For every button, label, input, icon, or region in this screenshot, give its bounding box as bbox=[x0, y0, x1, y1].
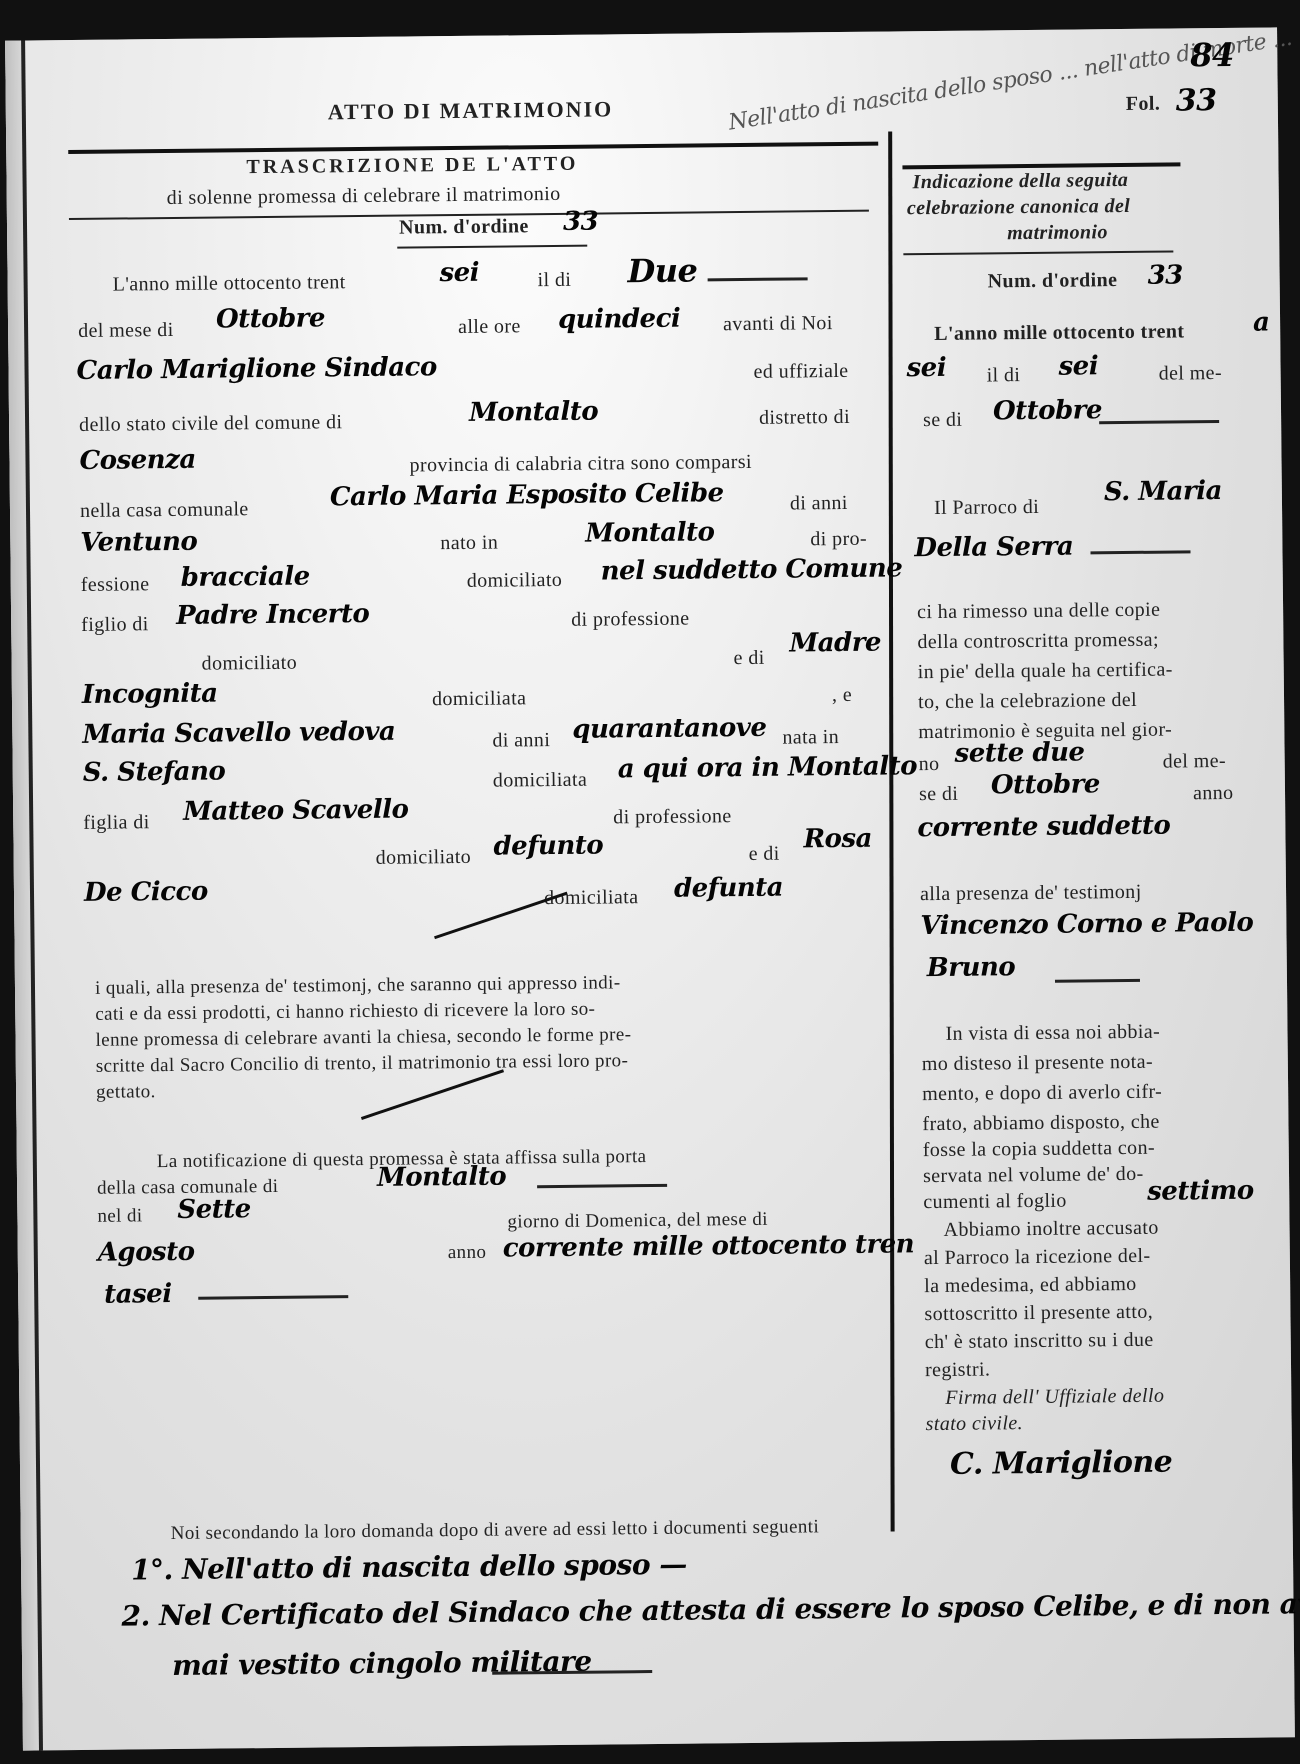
left-order-number: 33 bbox=[563, 207, 598, 237]
notification-month-hand: Agosto bbox=[98, 1237, 195, 1268]
line-mother-domicile: domiciliata bbox=[432, 687, 527, 711]
line-bride-mother-domicile: domiciliata bbox=[544, 886, 639, 910]
right-heading-line: celebrazione canonica del bbox=[907, 195, 1131, 220]
folio-hand: settimo bbox=[1147, 1176, 1254, 1207]
folio-number: 33 bbox=[1176, 83, 1217, 118]
line-bride-father-label: figlia di bbox=[83, 811, 150, 835]
order-underline bbox=[397, 245, 587, 249]
folio-label: Fol. bbox=[1126, 93, 1161, 116]
notification-year-label: anno bbox=[448, 1242, 487, 1264]
line-month-label: del mese di bbox=[78, 319, 174, 343]
right-year-label: L'anno mille ottocento trent bbox=[934, 320, 1184, 346]
right-body-line: to, che la celebrazione del bbox=[918, 689, 1137, 714]
page-number: 84 bbox=[1190, 36, 1234, 74]
cancel-stroke bbox=[434, 892, 568, 939]
line-before-us: avanti di Noi bbox=[723, 312, 833, 336]
line-profession-cont: fessione bbox=[81, 573, 150, 597]
closing-line: mo disteso il presente nota- bbox=[922, 1051, 1153, 1076]
celebration-year-label: anno bbox=[1193, 782, 1234, 805]
right-month-cont: se di bbox=[923, 409, 962, 432]
line-father-domicile: domiciliato bbox=[202, 652, 298, 676]
right-header-rule bbox=[902, 162, 1180, 169]
fill-dash bbox=[198, 1295, 348, 1300]
closing-line: In vista di essa noi abbia- bbox=[945, 1021, 1160, 1046]
celebration-month-hand: Ottobre bbox=[991, 769, 1100, 800]
right-heading-line: Indicazione della seguita bbox=[912, 169, 1128, 194]
signature-label: Firma dell' Uffiziale dello bbox=[945, 1385, 1164, 1410]
closing-line: frato, abbiamo disposto, che bbox=[922, 1111, 1159, 1136]
notification-year-hand: corrente mille ottocento tren bbox=[503, 1229, 915, 1263]
register-page: ATTO DI MATRIMONIO Nell'atto di nascita … bbox=[5, 27, 1295, 1750]
parish-hand-2: Della Serra bbox=[914, 532, 1073, 564]
footer-item-1: 1°. Nell'atto di nascita dello sposo — bbox=[131, 1548, 687, 1587]
line-bride-age-hand: quarantanove bbox=[572, 713, 766, 745]
right-day-label: il di bbox=[987, 364, 1021, 387]
right-order-number: 33 bbox=[1147, 260, 1182, 290]
fill-dash bbox=[537, 1184, 667, 1188]
closing-line: ch' è stato inscritto su i due bbox=[925, 1329, 1154, 1354]
line-commune-label: dello stato civile del comune di bbox=[79, 411, 343, 437]
line-domicile-hand: nel suddetto Comune bbox=[601, 553, 903, 586]
line-groom-hand: Carlo Maria Esposito Celibe bbox=[330, 478, 724, 512]
line-bride-father-hand: Matteo Scavello bbox=[183, 795, 409, 827]
line-year-hand: sei bbox=[439, 258, 479, 288]
celebration-day-label: no bbox=[919, 753, 940, 776]
line-bride-born-label: nata in bbox=[782, 726, 839, 750]
line-province-label: provincia di calabria citra sono compars… bbox=[409, 451, 752, 478]
line-hour-hand: quindeci bbox=[558, 304, 681, 335]
line-commune-hand: Montalto bbox=[469, 397, 598, 428]
fill-dash bbox=[1090, 550, 1190, 554]
right-month-label: del me- bbox=[1159, 362, 1223, 386]
right-year-suffix: a bbox=[1253, 307, 1270, 337]
right-year-hand: sei bbox=[906, 353, 946, 383]
line-official-hand: Carlo Mariglione Sindaco bbox=[76, 352, 437, 386]
line-father-profession: di professione bbox=[571, 608, 690, 632]
line-bride-domicile: domiciliata bbox=[493, 769, 588, 793]
paragraph-line: lenne promessa di celebrare avanti la ch… bbox=[95, 1024, 631, 1052]
book-binding bbox=[5, 40, 43, 1750]
notification-year-cont: tasei bbox=[104, 1279, 172, 1310]
notification-line: giorno di Domenica, del mese di bbox=[507, 1209, 768, 1234]
parish-hand-1: S. Maria bbox=[1104, 476, 1222, 507]
left-heading: TRASCRIZIONE DE L'ATTO bbox=[246, 153, 578, 179]
line-official-label: ed uffiziale bbox=[753, 360, 848, 384]
closing-line: cumenti al foglio bbox=[923, 1190, 1067, 1215]
line-born-hand: Montalto bbox=[585, 517, 714, 548]
fill-dash bbox=[708, 277, 808, 281]
column-divider bbox=[888, 131, 894, 1531]
line-day-label: il di bbox=[538, 269, 572, 292]
line-bride-father-domicile: domiciliato bbox=[376, 846, 472, 870]
line-bride-hand: Maria Scavello vedova bbox=[82, 717, 395, 750]
right-body-line: della controscritta promessa; bbox=[917, 629, 1159, 655]
line-bride-father-profession: di professione bbox=[613, 805, 732, 829]
line-year-label: L'anno mille ottocento trent bbox=[113, 271, 346, 296]
cancel-stroke bbox=[361, 1069, 504, 1120]
line-profession-label: di pro- bbox=[810, 528, 867, 552]
line-domicile-label: domiciliato bbox=[467, 569, 563, 593]
line-father-hand: Padre Incerto bbox=[176, 599, 369, 631]
celebration-month-cont: se di bbox=[919, 783, 958, 806]
line-bride-mother-surname: De Cicco bbox=[84, 877, 208, 908]
line-bride-mother-label: e di bbox=[749, 843, 780, 866]
closing-line: sottoscritto il presente atto, bbox=[924, 1301, 1153, 1326]
paragraph-line: scritte dal Sacro Concilio di trento, il… bbox=[96, 1050, 629, 1078]
line-bride-father-status: defunto bbox=[493, 830, 603, 861]
line-month-hand: Ottobre bbox=[216, 303, 325, 334]
signature-label: stato civile. bbox=[926, 1412, 1024, 1436]
paragraph-line: gettato. bbox=[96, 1081, 156, 1104]
line-bride-age-label: di anni bbox=[492, 729, 550, 753]
line-district-label: distretto di bbox=[759, 406, 850, 430]
celebration-month-label: del me- bbox=[1163, 750, 1227, 774]
closing-line: la medesima, ed abbiamo bbox=[924, 1273, 1137, 1298]
right-heading-rule bbox=[903, 250, 1173, 255]
paragraph-line: i quali, alla presenza de' testimonj, ch… bbox=[95, 972, 621, 1000]
celebration-year-hand: corrente suddetto bbox=[917, 811, 1170, 844]
footer-item-3: mai vestito cingolo militare bbox=[172, 1645, 592, 1682]
line-bride-born-hand: S. Stefano bbox=[83, 756, 226, 787]
line-age-label: di anni bbox=[790, 492, 848, 516]
closing-line: fosse la copia suddetta con- bbox=[923, 1137, 1155, 1162]
footer-item-2: 2. Nel Certificato del Sindaco che attes… bbox=[121, 1587, 1300, 1633]
closing-line: Abbiamo inoltre accusato bbox=[943, 1217, 1158, 1242]
fill-dash bbox=[1099, 420, 1219, 424]
line-born-label: nato in bbox=[440, 532, 498, 556]
notification-day-hand: Sette bbox=[177, 1194, 251, 1225]
paragraph-line: cati e da essi prodotti, ci hanno richie… bbox=[95, 999, 595, 1026]
parish-label: Il Parroco di bbox=[934, 496, 1039, 520]
left-subheading: di solenne promessa di celebrare il matr… bbox=[167, 183, 561, 210]
right-heading-line: matrimonio bbox=[1007, 221, 1108, 245]
notification-line: nel di bbox=[97, 1205, 142, 1227]
line-groom-age-hand: Ventuno bbox=[80, 527, 197, 558]
line-day-hand: Due bbox=[627, 251, 697, 290]
footer-printed: Noi secondando la loro domanda dopo di a… bbox=[171, 1516, 820, 1545]
line-mother-name-hand: Incognita bbox=[82, 679, 218, 710]
header-rule bbox=[68, 142, 878, 154]
witness-label: alla presenza de' testimonj bbox=[920, 881, 1142, 906]
line-groom-label: nella casa comunale bbox=[80, 498, 249, 523]
closing-line: al Parroco la ricezione del- bbox=[924, 1245, 1151, 1270]
right-body-line: ci ha rimesso una delle copie bbox=[917, 599, 1160, 625]
closing-line: registri. bbox=[925, 1358, 991, 1382]
right-day-hand: sei bbox=[1058, 351, 1098, 381]
line-mother-label: e di bbox=[733, 647, 764, 670]
line-mother-hand: Madre bbox=[789, 628, 881, 659]
celebration-day-hand: sette due bbox=[954, 737, 1084, 768]
official-signature: C. Mariglione bbox=[950, 1445, 1173, 1482]
closing-line: mento, e dopo di averlo cifr- bbox=[922, 1081, 1162, 1107]
line-father-label: figlio di bbox=[81, 613, 149, 637]
line-bride-domicile-hand: a qui ora in Montalto bbox=[618, 751, 918, 784]
right-body-line: in pie' della quale ha certifica- bbox=[918, 659, 1173, 685]
witness-hand-2: Bruno bbox=[927, 952, 1016, 983]
left-order-label: Num. d'ordine bbox=[399, 215, 529, 239]
line-bride-mother-hand: Rosa bbox=[803, 824, 872, 855]
line-profession-hand: bracciale bbox=[181, 562, 310, 593]
line-bride-mother-status: defunta bbox=[674, 873, 783, 904]
line-hour-label: alle ore bbox=[458, 315, 521, 339]
document-title: ATTO DI MATRIMONIO bbox=[328, 96, 614, 125]
right-month-hand: Ottobre bbox=[993, 395, 1102, 426]
right-order-label: Num. d'ordine bbox=[988, 269, 1118, 293]
notification-commune-hand: Montalto bbox=[377, 1162, 506, 1193]
line-district-hand: Cosenza bbox=[79, 445, 196, 476]
witness-hand-1: Vincenzo Corno e Paolo bbox=[920, 908, 1253, 941]
fill-dash bbox=[1055, 979, 1140, 983]
line-and: , e bbox=[832, 684, 852, 707]
closing-line: servata nel volume de' do- bbox=[923, 1163, 1144, 1188]
